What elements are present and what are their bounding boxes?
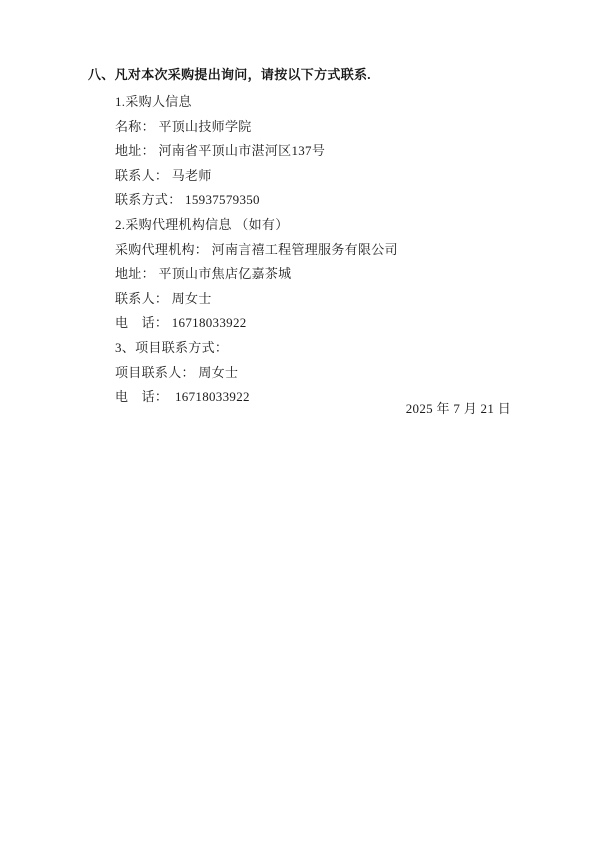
agency-contact-person: 联系人： 周女士 bbox=[115, 287, 398, 312]
agency-name: 采购代理机构： 河南言禧工程管理服务有限公司 bbox=[115, 238, 398, 263]
purchaser-address: 地址： 河南省平顶山市湛河区137号 bbox=[115, 139, 398, 164]
agency-section-title: 2.采购代理机构信息 （如有） bbox=[115, 213, 398, 238]
purchaser-contact-person: 联系人： 马老师 bbox=[115, 164, 398, 189]
purchaser-section-title: 1.采购人信息 bbox=[115, 90, 398, 115]
agency-phone: 电 话： 16718033922 bbox=[115, 311, 398, 336]
purchaser-phone: 联系方式： 15937579350 bbox=[115, 188, 398, 213]
inquiry-contact-heading: 八、凡对本次采购提出询问，请按以下方式联系. bbox=[88, 64, 371, 83]
agency-address: 地址： 平顶山市焦店亿嘉茶城 bbox=[115, 262, 398, 287]
document-page: 八、凡对本次采购提出询问，请按以下方式联系. 1.采购人信息 名称： 平顶山技师… bbox=[0, 0, 600, 848]
project-contact-person: 项目联系人： 周女士 bbox=[115, 361, 398, 386]
document-date: 2025 年 7 月 21 日 bbox=[0, 398, 511, 417]
purchaser-name: 名称： 平顶山技师学院 bbox=[115, 115, 398, 140]
document-body: 1.采购人信息 名称： 平顶山技师学院 地址： 河南省平顶山市湛河区137号 联… bbox=[115, 90, 398, 410]
project-section-title: 3、项目联系方式： bbox=[115, 336, 398, 361]
